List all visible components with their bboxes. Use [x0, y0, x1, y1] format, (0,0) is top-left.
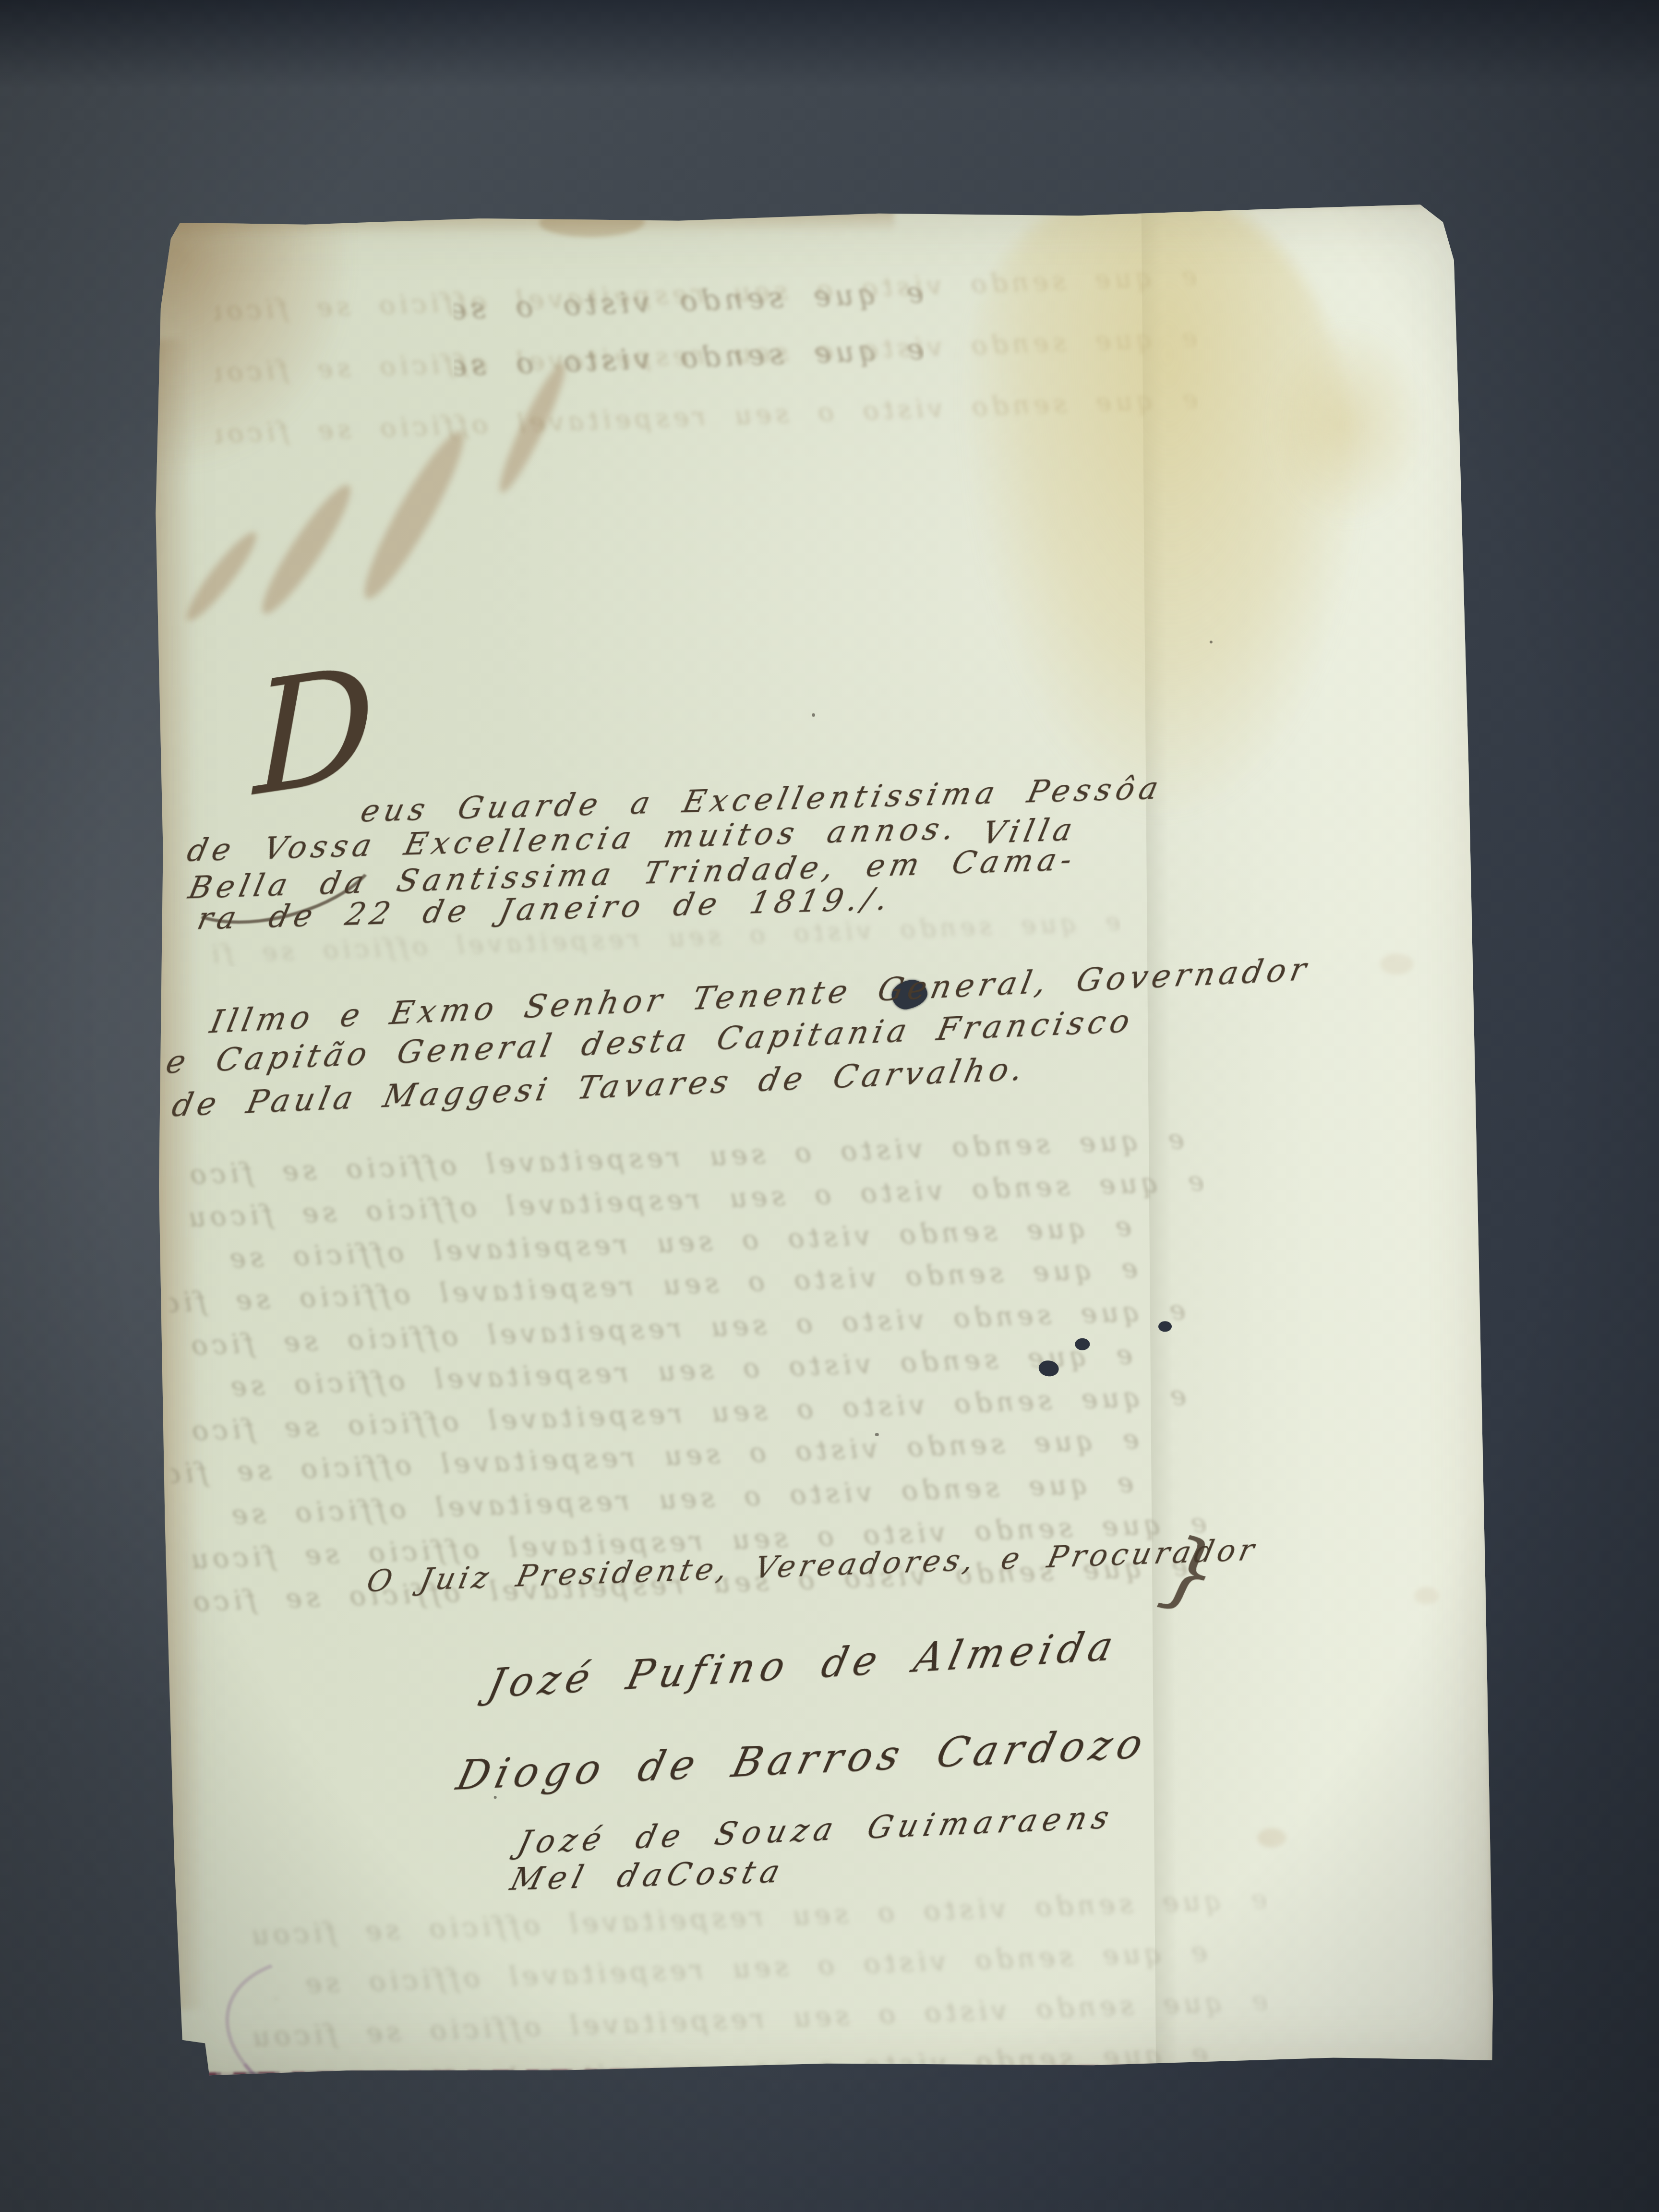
flourish-brace: }: [1153, 1518, 1227, 1625]
ornate-initial: D: [252, 645, 375, 818]
signature-4: Mel daCosta: [507, 1854, 789, 1898]
manuscript-page: e que sendo visto o seu respeitavel offi…: [145, 204, 1493, 2083]
signature-1: Jozé Pufino de Almeida: [483, 1623, 1123, 1707]
bleedthrough-line: e que sendo visto o seu respeitavel offi…: [232, 2078, 1270, 2083]
signature-3: Jozé de Souza Guimaraens: [514, 1800, 1118, 1861]
photo-background: { "photo": { "background_color": "#39404…: [0, 0, 1659, 2212]
council-line: O Juiz Presidente, Vereadores, e Procura…: [364, 1532, 1262, 1599]
handwriting-layer: D eus Guarde a Excellentissima Pessôa de…: [145, 204, 1493, 2083]
signature-2: Diogo de Barros Cardozo: [452, 1719, 1153, 1799]
